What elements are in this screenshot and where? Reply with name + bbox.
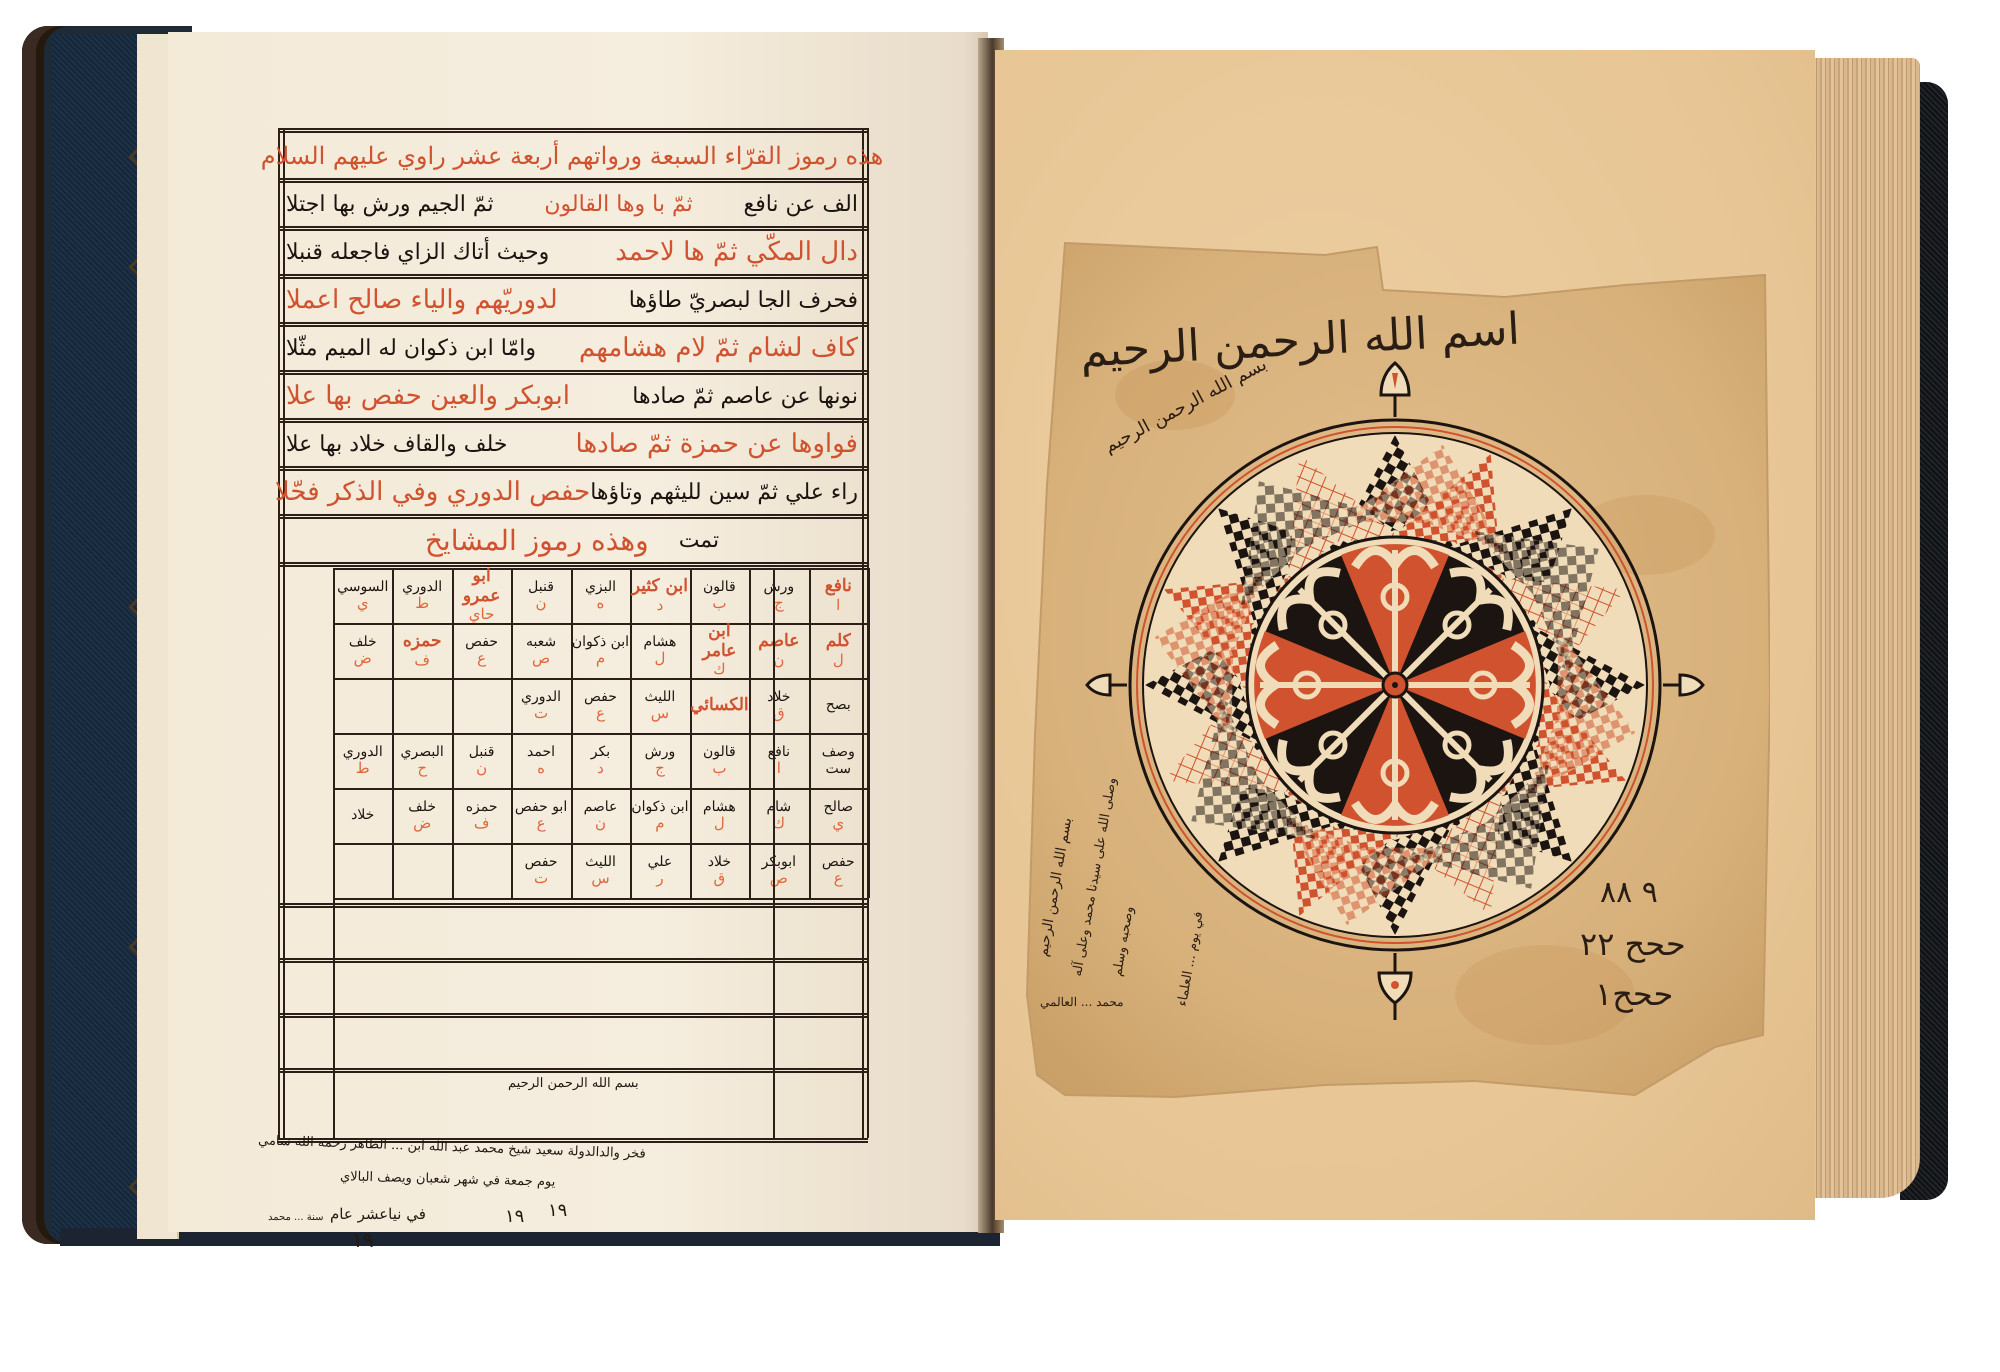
manuscript-table: هذه رموز القرّاء السبعة ورواتهم أربعة عش…: [278, 128, 868, 1138]
verse-red: فواوها عن حمزة ثمّ صادها: [576, 429, 858, 459]
reader-siglum: م: [596, 650, 605, 667]
reader-name: نافع: [768, 744, 790, 760]
grid-row-line: [333, 898, 868, 900]
sigla-cell: احمده: [511, 733, 570, 788]
reader-siglum: ن: [476, 760, 487, 777]
sigla-cell: [333, 843, 392, 898]
reader-name: كلم: [826, 632, 851, 652]
reader-name: قالون: [703, 744, 736, 760]
reader-name: ابن ذكوان: [572, 634, 629, 650]
sigla-cell: ورشج: [630, 733, 689, 788]
reader-name: عاصم: [584, 799, 618, 815]
sigla-cell: ابن ذكوانم: [630, 788, 689, 843]
sigla-cell: قالونب: [690, 733, 749, 788]
verse-row: دال المكّي ثمّ ها لاحمد وحيث أتاك الزاي …: [286, 230, 858, 274]
reader-name: ابن ذكوان: [631, 799, 688, 815]
numeral: ١٩: [548, 1200, 567, 1221]
sigla-cell: عاصمن: [571, 788, 630, 843]
sigla-cell: عاصمن: [749, 623, 808, 678]
grid-column-line: [868, 568, 870, 898]
sigla-cell: ابن كثيرد: [630, 568, 689, 623]
rule: [278, 958, 868, 963]
reader-siglum: ح: [417, 760, 427, 777]
verse-row: فواوها عن حمزة ثمّ صادها خلف والقاف خلاد…: [286, 422, 858, 466]
verse-red: لدوريّهم والياء صالح اعملا: [286, 285, 558, 315]
reader-name: احمد: [527, 744, 555, 760]
reader-name: شعبه: [526, 634, 556, 650]
reader-siglum: ق: [714, 870, 726, 887]
reader-siglum: ع: [537, 815, 546, 832]
verse-black: وحيث أتاك الزاي فاجعله قنبلا: [286, 240, 549, 265]
sigla-cell: قنبلن: [511, 568, 570, 623]
marks-line: ححح١: [1595, 975, 1673, 1013]
reader-siglum: ع: [596, 705, 605, 722]
reader-name: الليث: [645, 689, 676, 705]
reader-siglum: ج: [774, 595, 784, 612]
verse-black: فحرف الجا لبصريّ طاؤها: [629, 288, 858, 313]
sigla-cell: بكرد: [571, 733, 630, 788]
reader-name: حفص: [584, 689, 617, 705]
reader-name: علي: [648, 854, 673, 870]
reader-name: ابو عمرو: [452, 567, 511, 606]
column-line: [333, 568, 335, 1138]
reader-name: الدوري: [521, 689, 561, 705]
flyleaf: [868, 32, 988, 1232]
frame-line: [278, 128, 280, 1138]
reader-siglum: د: [597, 760, 604, 777]
sigla-cell: حمزهف: [392, 623, 451, 678]
verse-black: ثمّ الجيم ورش بها اجتلا: [286, 192, 494, 217]
reader-siglum: ط: [356, 760, 370, 777]
reader-name: قنبل: [469, 744, 495, 760]
header-text: هذه رموز القرّاء السبعة ورواتهم أربعة عش…: [261, 142, 884, 170]
header-line: هذه رموز القرّاء السبعة ورواتهم أربعة عش…: [286, 134, 858, 178]
sigla-cell: ابو حفصع: [511, 788, 570, 843]
sigla-cell: خلادق: [690, 843, 749, 898]
reader-name: خلاد: [767, 689, 790, 705]
reader-name: الليث: [585, 854, 616, 870]
verse-black: نونها عن عاصم ثمّ صادها: [632, 384, 858, 409]
subheader-row: تمت وهذه رموز المشايخ: [286, 518, 858, 562]
verse-red: كاف لشام ثمّ لام هشامهم: [579, 333, 858, 363]
reader-name: السوسي: [337, 579, 388, 595]
verse-black: راء علي ثمّ سين لليثهم وتاؤها: [590, 480, 858, 505]
sigla-cell: ابن ذكوانم: [571, 623, 630, 678]
colophon-line-3: في نياعشر عام: [330, 1205, 426, 1223]
reader-siglum: م: [655, 815, 664, 832]
reader-siglum: ت: [534, 870, 548, 887]
reader-name: حمزه: [403, 632, 442, 652]
reader-name: صالح: [824, 799, 853, 815]
sigla-cell: ابو عمروحاي: [452, 568, 511, 623]
sigla-cell: قنبلن: [452, 733, 511, 788]
sigla-cell: حمزهف: [452, 788, 511, 843]
column-line: [773, 568, 775, 1138]
colophon-margin: سنة ... محمد: [268, 1212, 324, 1223]
sigla-cell: البصريح: [392, 733, 451, 788]
basmala-note: بسم الله الرحمن الرحيم: [508, 1076, 639, 1091]
reader-siglum: ض: [413, 815, 431, 832]
sigla-cell: نافعا: [749, 733, 808, 788]
reader-siglum: ن: [595, 815, 606, 832]
verse-row: فحرف الجا لبصريّ طاؤها لدوريّهم والياء ص…: [286, 278, 858, 322]
sigla-cell: شامك: [749, 788, 808, 843]
rule: [278, 128, 868, 133]
reader-name: حمزه: [466, 799, 498, 815]
reader-name: ورش: [764, 579, 795, 595]
reader-name: هشام: [644, 634, 677, 650]
sigla-cell: [392, 843, 451, 898]
sigla-cell: الليثس: [630, 678, 689, 733]
reader-name: الكسائي: [690, 696, 749, 716]
sigla-cell: حفصع: [452, 623, 511, 678]
subheader-red: وهذه رموز المشايخ: [425, 524, 649, 557]
sigla-cell: خلفض: [333, 623, 392, 678]
reader-siglum: ع: [477, 650, 486, 667]
reader-name: حفص: [525, 854, 558, 870]
reader-siglum: ك: [713, 661, 725, 678]
sigla-cell: [452, 843, 511, 898]
sigla-cell: الكسائي: [690, 678, 749, 733]
reader-name: ابو حفص: [515, 799, 567, 815]
verse-black: وامّا ابن ذكوان له الميم مثّلا: [286, 336, 536, 361]
reader-siglum: ف: [414, 652, 430, 669]
reader-name: ابن كثير: [632, 577, 688, 597]
reader-name: البصري: [401, 744, 444, 760]
reader-name: نافع: [825, 577, 852, 597]
sigla-cell: خلاد: [333, 788, 392, 843]
reader-siglum: ت: [534, 705, 548, 722]
reader-siglum: س: [651, 705, 669, 722]
sigla-cell: البزيه: [571, 568, 630, 623]
verse-black: الف عن نافع: [743, 192, 858, 217]
reader-name: عاصم: [758, 632, 799, 652]
reader-name: شام: [766, 799, 791, 815]
reader-siglum: ل: [714, 815, 725, 832]
sigla-cell: هشامل: [690, 788, 749, 843]
reader-siglum: ب: [712, 760, 726, 777]
sigla-cell: وصف ست: [809, 733, 868, 788]
reader-name: حفص: [822, 854, 855, 870]
sigla-cell: شعبهص: [511, 623, 570, 678]
sigla-cell: [452, 678, 511, 733]
sigla-cell: ابن عامرك: [690, 623, 749, 678]
reader-siglum: ه: [537, 760, 545, 777]
sigla-cell: الدوريت: [511, 678, 570, 733]
sigla-cell: ورشج: [749, 568, 808, 623]
sigla-cell: بصح: [809, 678, 868, 733]
reader-siglum: ل: [833, 652, 844, 669]
reader-siglum: ل: [654, 650, 665, 667]
reader-name: بكر: [591, 744, 610, 760]
sigla-cell: ابوبكرص: [749, 843, 808, 898]
reader-name: خلف: [349, 634, 377, 650]
verse-row: كاف لشام ثمّ لام هشامهم وامّا ابن ذكوان …: [286, 326, 858, 370]
marks-line: ححح ٢٢: [1580, 925, 1686, 963]
reader-name: حفص: [465, 634, 498, 650]
verse-red: ابوبكر والعين حفص بها علا: [286, 381, 570, 411]
reader-name: الدوري: [402, 579, 442, 595]
sigla-cell: علير: [630, 843, 689, 898]
sigla-cell: [333, 678, 392, 733]
reader-name: البزي: [585, 579, 616, 595]
reader-name: خلف: [408, 799, 436, 815]
verse-red: ثمّ با وها القالون: [544, 192, 692, 217]
subheader-black: تمت: [679, 528, 719, 553]
reader-siglum: ب: [712, 595, 726, 612]
reader-name: قنبل: [528, 579, 554, 595]
verse-row: نونها عن عاصم ثمّ صادها ابوبكر والعين حف…: [286, 374, 858, 418]
rule: [278, 903, 868, 908]
sigla-cell: صالحي: [809, 788, 868, 843]
frame-line: [283, 128, 285, 1138]
reader-siglum: ص: [532, 650, 550, 667]
reader-siglum: ط: [415, 595, 429, 612]
verse-row: الف عن نافع ثمّ با وها القالون ثمّ الجيم…: [286, 182, 858, 226]
reader-siglum: ه: [597, 595, 605, 612]
reader-siglum: د: [657, 597, 664, 614]
marks-line: ٩ ٨٨: [1600, 875, 1658, 910]
rule: [278, 1068, 868, 1073]
reader-siglum: ن: [536, 595, 547, 612]
reader-siglum: ج: [655, 760, 665, 777]
reader-name: ابوبكر: [762, 854, 796, 870]
pasted-fragment: اسم الله الرحمن الرحيم بسم الله الرحمن ا…: [1025, 235, 1770, 1115]
reader-siglum: ع: [834, 870, 843, 887]
sigla-cell: حفصع: [809, 843, 868, 898]
reader-siglum: حاي: [469, 606, 495, 623]
reader-name: وصف ست: [809, 744, 868, 776]
verse-row: راء علي ثمّ سين لليثهم وتاؤها حفص الدوري…: [286, 470, 858, 514]
reader-siglum: س: [591, 870, 609, 887]
sigla-cell: قالونب: [690, 568, 749, 623]
sigla-cell: حفصع: [571, 678, 630, 733]
sigla-cell: الليثس: [571, 843, 630, 898]
verse-red: حفص الدوري وفي الذكر فحّلا: [275, 477, 590, 507]
sigla-cell: خلادق: [749, 678, 808, 733]
numeral: ١٩: [352, 1228, 373, 1252]
rule: [278, 562, 868, 567]
sigla-cell: الدوريط: [333, 733, 392, 788]
rule: [278, 1013, 868, 1018]
reader-name: بصح: [826, 697, 851, 713]
reader-name: خلاد: [351, 807, 374, 823]
reader-siglum: ا: [836, 597, 840, 614]
reader-siglum: ف: [474, 815, 490, 832]
reader-siglum: ر: [656, 870, 663, 887]
verse-red: دال المكّي ثمّ ها لاحمد: [615, 237, 858, 267]
sigla-cell: الدوريط: [392, 568, 451, 623]
reader-name: ابن عامر: [690, 622, 749, 661]
reader-siglum: ي: [357, 595, 369, 612]
sigla-cell: كلمل: [809, 623, 868, 678]
reader-name: ورش: [645, 744, 676, 760]
marginalia-line: محمد ... العالمي: [1040, 995, 1124, 1009]
verse-black: خلف والقاف خلاد بها علا: [286, 432, 507, 457]
reader-siglum: ا: [777, 760, 781, 777]
reader-name: خلاد: [708, 854, 731, 870]
sigla-cell: هشامل: [630, 623, 689, 678]
sigla-table: نافعاورشجقالونبابن كثيردالبزيهقنبلنابو ع…: [333, 568, 868, 898]
sigla-cell: [392, 678, 451, 733]
reader-siglum: ي: [832, 815, 844, 832]
sigla-cell: خلفض: [392, 788, 451, 843]
reader-name: الدوري: [343, 744, 383, 760]
sigla-cell: السوسيي: [333, 568, 392, 623]
numeral: ١٩: [505, 1206, 524, 1227]
reader-name: هشام: [703, 799, 736, 815]
sigla-cell: نافعا: [809, 568, 868, 623]
reader-siglum: ض: [354, 650, 372, 667]
reader-name: قالون: [703, 579, 736, 595]
sigla-cell: حفصت: [511, 843, 570, 898]
